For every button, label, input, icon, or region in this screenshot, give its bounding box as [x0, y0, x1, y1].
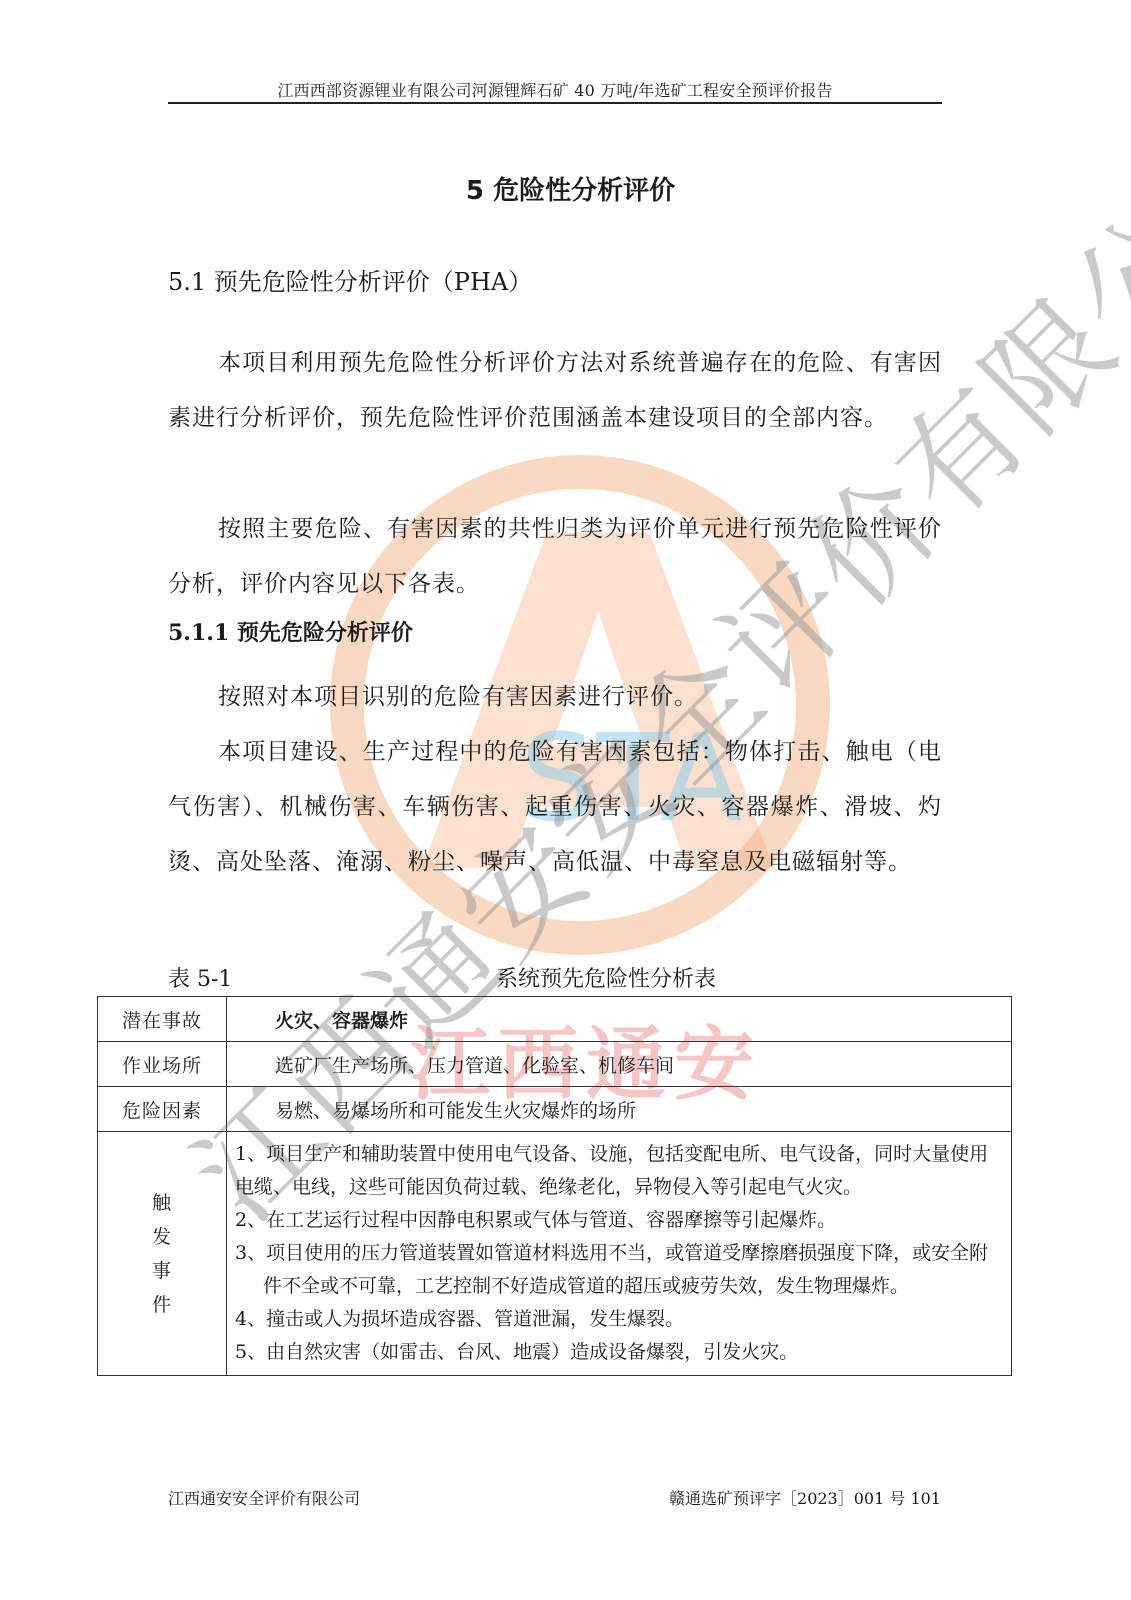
row-label: 潜在事故 [98, 997, 227, 1042]
paragraph-hazards: 本项目建设、生产过程中的危险有害因素包括：物体打击、触电（电气伤害）、机械伤害、… [168, 725, 942, 890]
trigger-item: 1、项目生产和辅助装置中使用电气设备、设施，包括变配电所、电气设备，同时大量使用… [235, 1138, 1003, 1204]
trigger-events: 1、项目生产和辅助装置中使用电气设备、设施，包括变配电所、电气设备，同时大量使用… [227, 1132, 1012, 1376]
trigger-item: 5、由自然灾害（如雷击、台风、地震）造成设备爆裂，引发火灾。 [235, 1336, 1003, 1369]
chapter-title: 5 危险性分析评价 [0, 170, 1131, 207]
row-value: 火灾、容器爆炸 [227, 997, 1012, 1042]
row-value: 易燃、易爆场所和可能发生火灾爆炸的场所 [227, 1087, 1012, 1132]
header-divider [168, 102, 942, 104]
trigger-item: 2、在工艺运行过程中因静电积累或气体与管道、容器摩擦等引起爆炸。 [235, 1204, 1003, 1237]
footer-company: 江西通安安全评价有限公司 [168, 1486, 360, 1509]
table-row: 危险因素 易燃、易爆场所和可能发生火灾爆炸的场所 [98, 1087, 1012, 1132]
row-value: 选矿厂生产场所、压力管道、化验室、机修车间 [227, 1042, 1012, 1087]
table-row: 潜在事故 火灾、容器爆炸 [98, 997, 1012, 1042]
paragraph-intro: 本项目利用预先危险性分析评价方法对系统普遍存在的危险、有害因素进行分析评价，预先… [168, 336, 942, 446]
row-label: 作业场所 [98, 1042, 227, 1087]
subsection-title: 5.1.1 预先危险分析评价 [168, 616, 413, 647]
paragraph-method: 按照主要危险、有害因素的共性归类为评价单元进行预先危险性评价分析，评价内容见以下… [168, 502, 942, 612]
table-title: 系统预先危险性分析表 [496, 962, 716, 993]
table-row-trigger: 触 发 事 件 1、项目生产和辅助装置中使用电气设备、设施，包括变配电所、电气设… [98, 1132, 1012, 1376]
trigger-label-char: 件 [99, 1288, 225, 1322]
trigger-label-char: 发 [99, 1220, 225, 1254]
section-title: 5.1 预先危险性分析评价（PHA） [168, 262, 532, 297]
document-page: A STA 江西通安 江西通安安全评价有限公司 江西西部资源锂业有限公司河源锂辉… [0, 0, 1131, 1600]
table-row: 作业场所 选矿厂生产场所、压力管道、化验室、机修车间 [98, 1042, 1012, 1087]
table-number: 表 5-1 [168, 962, 232, 993]
trigger-label-char: 事 [99, 1254, 225, 1288]
paragraph-evaluate: 按照对本项目识别的危险有害因素进行评价。 [168, 670, 942, 725]
running-header: 江西西部资源锂业有限公司河源锂辉石矿 40 万吨/年选矿工程安全预评价报告 [168, 78, 942, 101]
pha-table: 潜在事故 火灾、容器爆炸 作业场所 选矿厂生产场所、压力管道、化验室、机修车间 … [97, 996, 1012, 1376]
trigger-item: 4、撞击或人为损坏造成容器、管道泄漏，发生爆裂。 [235, 1303, 1003, 1336]
trigger-item: 3、项目使用的压力管道装置如管道材料选用不当，或管道受摩擦磨损强度下降，或安全附… [235, 1237, 1003, 1303]
row-label: 危险因素 [98, 1087, 227, 1132]
footer-doc-ref: 赣通选矿预评字［2023］001 号 101 [669, 1486, 941, 1509]
trigger-label: 触 发 事 件 [98, 1132, 227, 1376]
trigger-label-char: 触 [99, 1186, 225, 1220]
